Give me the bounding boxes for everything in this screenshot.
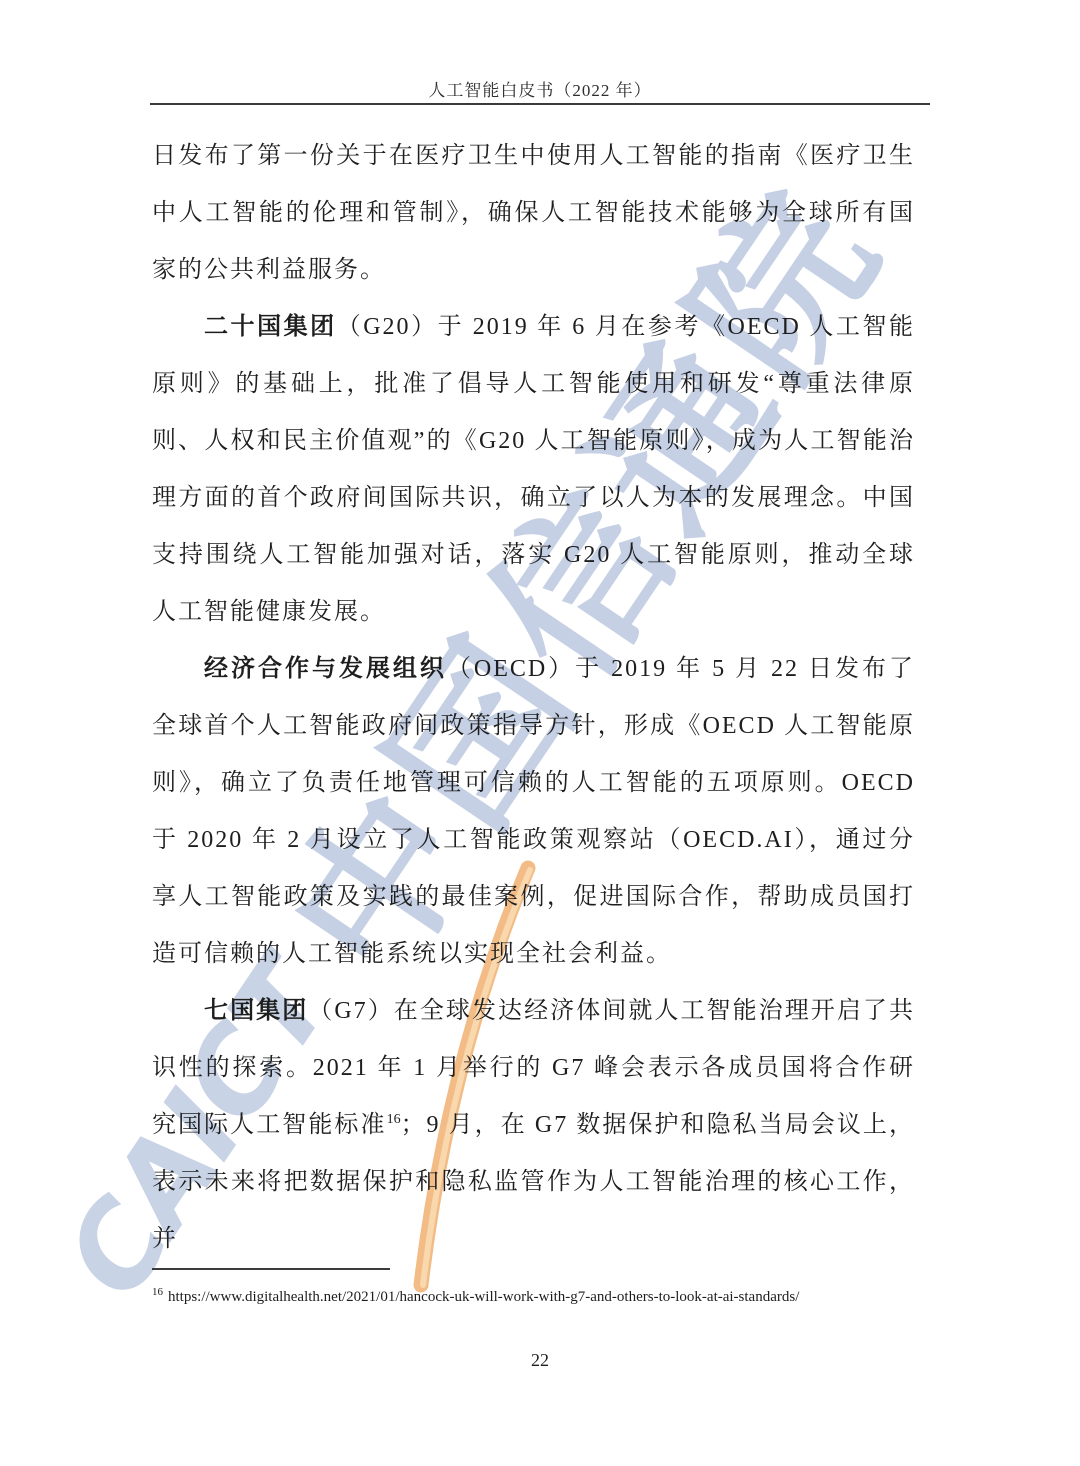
org-name-g7: 七国集团 (204, 998, 308, 1024)
footnote-url: https://www.digitalhealth.net/2021/01/ha… (168, 1289, 799, 1305)
footnote-reference: 16 (387, 1112, 401, 1127)
footnote: 16https://www.digitalhealth.net/2021/01/… (152, 1281, 942, 1308)
text-run: 日发布了第一份关于在医疗卫生中使用人工智能的指南《医疗卫生中人工智能的伦理和管制… (152, 143, 915, 283)
document-page: CAICT 中国信通院 人工智能白皮书（2022 年） 日发布了第一份关于在医疗… (0, 0, 1080, 1466)
page-header-title: 人工智能白皮书（2022 年） (152, 76, 928, 101)
body-text: 日发布了第一份关于在医疗卫生中使用人工智能的指南《医疗卫生中人工智能的伦理和管制… (152, 128, 915, 1268)
text-run: （OECD）于 2019 年 5 月 22 日发布了全球首个人工智能政府间政策指… (152, 656, 915, 967)
footnote-separator-rule (152, 1268, 390, 1270)
paragraph: 二十国集团（G20）于 2019 年 6 月在参考《OECD 人工智能原则》的基… (152, 299, 915, 641)
org-name-g20: 二十国集团 (204, 314, 337, 340)
paragraph: 七国集团（G7）在全球发达经济体间就人工智能治理开启了共识性的探索。2021 年… (152, 983, 915, 1268)
page-number: 22 (0, 1350, 1080, 1371)
header-rule (150, 103, 930, 105)
org-name-oecd: 经济合作与发展组织 (204, 656, 447, 682)
paragraph: 经济合作与发展组织（OECD）于 2019 年 5 月 22 日发布了全球首个人… (152, 641, 915, 983)
paragraph: 日发布了第一份关于在医疗卫生中使用人工智能的指南《医疗卫生中人工智能的伦理和管制… (152, 128, 915, 299)
footnote-marker: 16 (152, 1286, 163, 1298)
text-run: （G20）于 2019 年 6 月在参考《OECD 人工智能原则》的基础上，批准… (152, 314, 915, 625)
